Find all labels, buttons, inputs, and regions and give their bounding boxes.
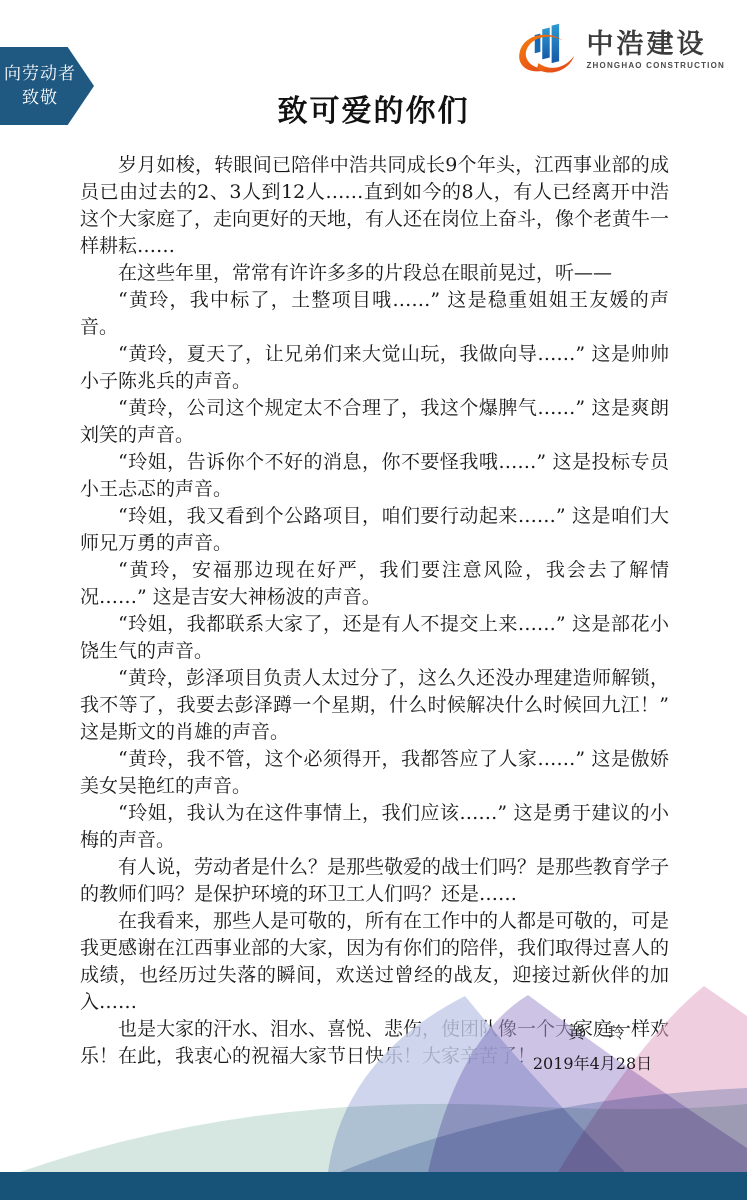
paragraph: 岁月如梭，转眼间已陪伴中浩共同成长9个年头，江西事业部的成员已由过去的2、3人到… (80, 152, 669, 260)
paragraph: “黄玲，我中标了，土整项目哦……” 这是稳重姐姐王友媛的声音。 (80, 287, 669, 341)
logo-text: 中浩建设 ZHONGHAO CONSTRUCTION (586, 30, 725, 71)
signature-name: 黄 玲 (517, 1020, 680, 1043)
paragraph: “黄玲，公司这个规定太不合理了，我这个爆脾气……” 这是爽朗刘笑的声音。 (80, 395, 669, 449)
page-title: 致可爱的你们 (0, 86, 747, 130)
letter-page: 向劳动者 致敬 中浩建设 ZHONGHAO CONSTRUCTION 致可爱 (0, 0, 747, 1200)
footer-band (0, 1172, 747, 1200)
company-logo: 中浩建设 ZHONGHAO CONSTRUCTION (514, 20, 725, 80)
signature-date: 2019年4月28日 (505, 1051, 680, 1074)
paragraph: “黄玲，安福那边现在好严，我们要注意风险，我会去了解情况……” 这是吉安大神杨波… (80, 557, 669, 611)
logo-company-name: 中浩建设 (586, 30, 706, 60)
paragraph: “玲姐，我又看到个公路项目，咱们要行动起来……” 这是咱们大师兄万勇的声音。 (80, 503, 669, 557)
decorative-sails (0, 980, 747, 1200)
paragraph: 有人说，劳动者是什么？是那些敬爱的战士们吗？是那些教育学子的教师们吗？是保护环境… (80, 854, 669, 908)
paragraph: “黄玲，彭泽项目负责人太过分了，这么久还没办理建造师解锁，我不等了，我要去彭泽蹲… (80, 665, 669, 746)
signature-block: 黄 玲 2019年4月28日 (505, 1020, 680, 1074)
badge-line1: 向劳动者 (4, 62, 76, 86)
paragraph: “玲姐，告诉你个不好的消息，你不要怪我哦……” 这是投标专员小王忐忑的声音。 (80, 449, 669, 503)
paragraph: “黄玲，我不管，这个必须得开，我都答应了人家……” 这是傲娇美女吴艳红的声音。 (80, 746, 669, 800)
paragraph: “玲姐，我都联系大家了，还是有人不提交上来……” 这是部花小饶生气的声音。 (80, 611, 669, 665)
paragraph: “玲姐，我认为在这件事情上，我们应该……” 这是勇于建议的小梅的声音。 (80, 800, 669, 854)
paragraph: “黄玲，夏天了，让兄弟们来大觉山玩，我做向导……” 这是帅帅小子陈兆兵的声音。 (80, 341, 669, 395)
paragraph: 在这些年里，常常有许许多多的片段总在眼前晃过，听—— (80, 260, 669, 287)
construction-logo-icon (514, 20, 578, 80)
letter-body: 岁月如梭，转眼间已陪伴中浩共同成长9个年头，江西事业部的成员已由过去的2、3人到… (80, 152, 669, 1070)
logo-subtitle: ZHONGHAO CONSTRUCTION (586, 61, 725, 70)
